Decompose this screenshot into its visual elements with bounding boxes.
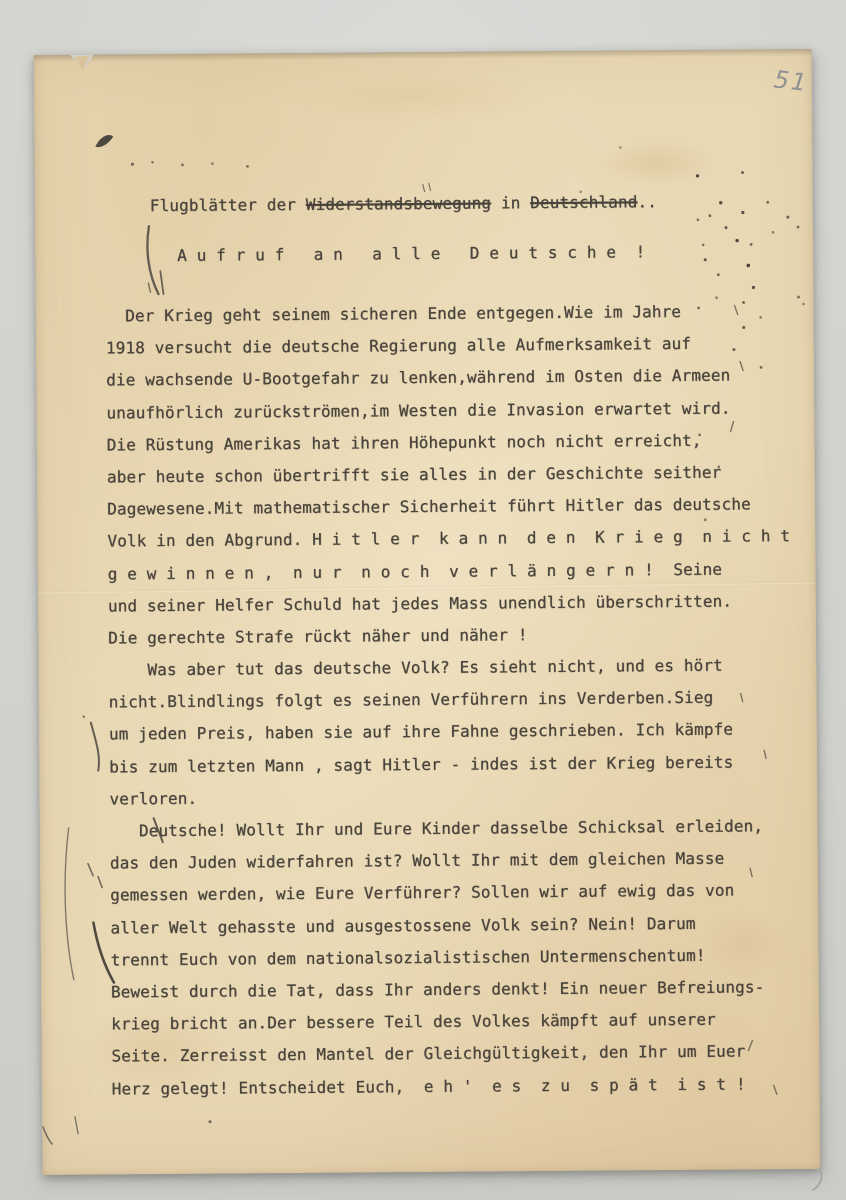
text-line: Herz gelegt! Entscheidet Euch, e h ' e s… bbox=[112, 1067, 812, 1105]
margin-stroke bbox=[160, 271, 163, 294]
document-body: Der Krieg geht seinem sicheren Ende entg… bbox=[106, 295, 812, 1105]
paper-tear bbox=[74, 56, 90, 71]
margin-stroke bbox=[147, 226, 158, 294]
paper-tear bbox=[70, 55, 94, 70]
margin-stroke bbox=[65, 828, 74, 980]
document-heading: A u f r u f a n a l l e D e u t s c h e … bbox=[177, 242, 645, 265]
ink-specks bbox=[34, 55, 36, 57]
title-struck-word: Deutschland bbox=[530, 192, 637, 212]
text-line: und seiner Helfer Schuld hat jedes Mass … bbox=[108, 585, 808, 623]
pencil-corner-mark bbox=[808, 1164, 832, 1194]
title-text: in bbox=[491, 193, 530, 212]
text-line: Volk in den Abgrund. H i t l e r k a n n… bbox=[107, 520, 807, 558]
paper-stain bbox=[284, 71, 544, 123]
margin-stroke bbox=[88, 864, 102, 888]
text-line: die wachsende U-Bootgefahr zu lenken,wäh… bbox=[106, 359, 806, 397]
margin-stroke bbox=[43, 1127, 52, 1144]
title-text: .. bbox=[637, 192, 657, 211]
text-line: gemessen werden, wie Eure Verführer? Sol… bbox=[110, 874, 810, 912]
page-number-annotation: 51 bbox=[772, 65, 810, 97]
margin-stroke bbox=[75, 1117, 78, 1134]
text-line: um jeden Preis, haben sie auf ihre Fahne… bbox=[109, 713, 809, 751]
paper-stain bbox=[594, 140, 714, 186]
text-line: bis zum letzten Mann , sagt Hitler - ind… bbox=[109, 746, 809, 784]
text-line: Seite. Zerreisst den Mantel der Gleichgü… bbox=[111, 1035, 811, 1073]
title-struck-word: Widerstandsbewegung bbox=[306, 193, 491, 213]
title-text: Flugblätter der bbox=[150, 195, 306, 215]
scan-background: Flugblätter der Widerstandsbewegung in D… bbox=[0, 0, 846, 1200]
text-line: unaufhörlich zurückströmen,im Westen die… bbox=[106, 392, 806, 430]
document-title: Flugblätter der Widerstandsbewegung in D… bbox=[150, 192, 657, 215]
margin-stroke bbox=[91, 723, 99, 771]
margin-stroke bbox=[148, 283, 150, 292]
ink-smudge bbox=[95, 135, 113, 147]
leaflet-page: Flugblätter der Widerstandsbewegung in D… bbox=[34, 49, 821, 1175]
text-line: g e w i n n e n , n u r n o c h v e r l … bbox=[108, 553, 808, 591]
